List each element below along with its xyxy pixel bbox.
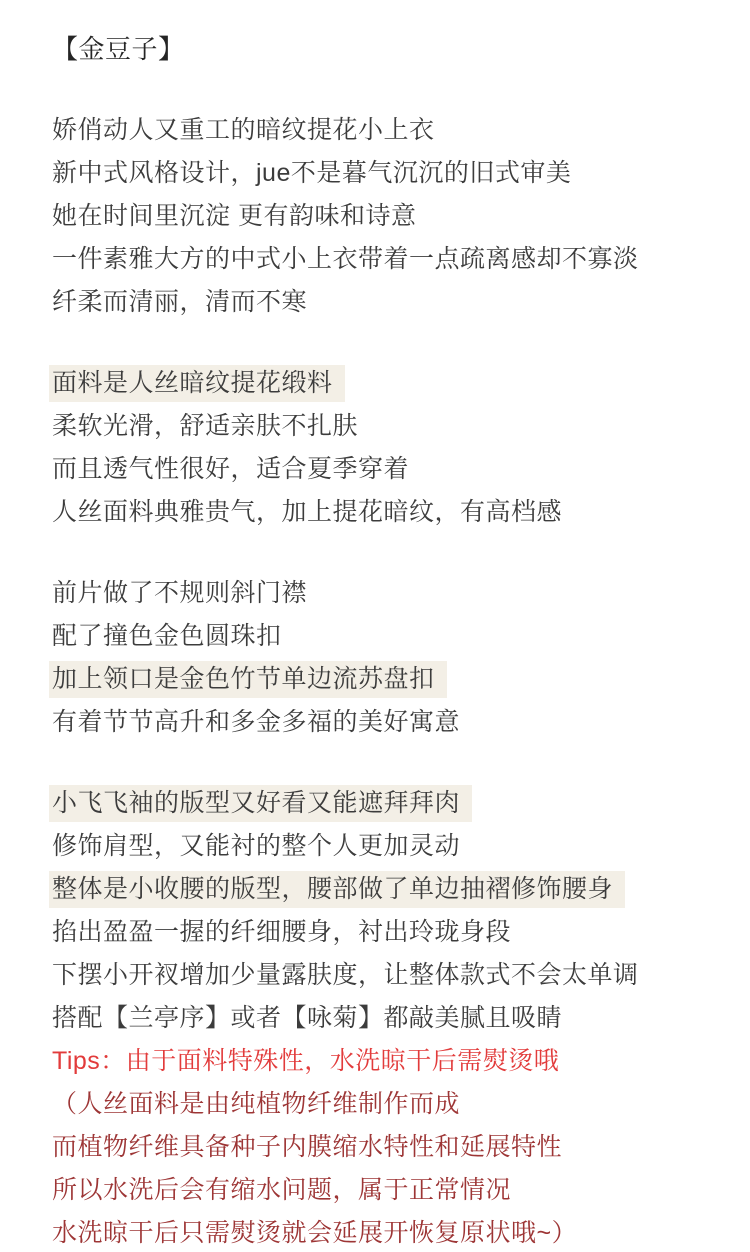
text-line: 她在时间里沉淀 更有韵味和诗意	[52, 195, 720, 238]
text-line: 下摆小开衩增加少量露肤度，让整体款式不会太单调	[52, 954, 720, 997]
highlighted-text: 小飞飞袖的版型又好看又能遮拜拜肉	[49, 785, 472, 822]
text-line: 纤柔而清丽，清而不寒	[52, 281, 720, 324]
text-line: （人丝面料是由纯植物纤维制作而成	[52, 1083, 720, 1126]
text: 娇俏动人又重工的暗纹提花小上衣	[52, 109, 435, 152]
text: 柔软光滑，舒适亲肤不扎肤	[52, 405, 358, 448]
description-body: 娇俏动人又重工的暗纹提花小上衣新中式风格设计，jue不是暮气沉沉的旧式审美她在时…	[52, 109, 720, 1252]
text: 所以水洗后会有缩水问题，属于正常情况	[52, 1169, 511, 1212]
text: 前片做了不规则斜门襟	[52, 572, 307, 615]
text-line: 有着节节高升和多金多福的美好寓意	[52, 701, 720, 744]
text: 她在时间里沉淀 更有韵味和诗意	[52, 195, 416, 238]
text: 有着节节高升和多金多福的美好寓意	[52, 701, 460, 744]
text-line: 而植物纤维具备种子内膜缩水特性和延展特性	[52, 1126, 720, 1169]
text-line: 所以水洗后会有缩水问题，属于正常情况	[52, 1169, 720, 1212]
text: 人丝面料典雅贵气，加上提花暗纹，有高档感	[52, 491, 562, 534]
text: （人丝面料是由纯植物纤维制作而成	[52, 1083, 460, 1126]
highlighted-text: 整体是小收腰的版型，腰部做了单边抽褶修饰腰身	[49, 871, 625, 908]
text-line: 面料是人丝暗纹提花缎料	[52, 362, 720, 405]
text-line: 人丝面料典雅贵气，加上提花暗纹，有高档感	[52, 491, 720, 534]
text-line: 配了撞色金色圆珠扣	[52, 615, 720, 658]
text-line: 娇俏动人又重工的暗纹提花小上衣	[52, 109, 720, 152]
text: Tips：由于面料特殊性，水洗晾干后需熨烫哦	[52, 1040, 559, 1083]
text-line: 前片做了不规则斜门襟	[52, 572, 720, 615]
product-title: 【金豆子】	[52, 28, 720, 71]
text: 而植物纤维具备种子内膜缩水特性和延展特性	[52, 1126, 562, 1169]
paragraph-intro: 娇俏动人又重工的暗纹提花小上衣新中式风格设计，jue不是暮气沉沉的旧式审美她在时…	[52, 109, 720, 324]
text-line: 搭配【兰亭序】或者【咏菊】都敲美腻且吸睛	[52, 997, 720, 1040]
text-line: 整体是小收腰的版型，腰部做了单边抽褶修饰腰身	[52, 868, 720, 911]
text-line: 柔软光滑，舒适亲肤不扎肤	[52, 405, 720, 448]
text: 下摆小开衩增加少量露肤度，让整体款式不会太单调	[52, 954, 639, 997]
text-line: 一件素雅大方的中式小上衣带着一点疏离感却不寡淡	[52, 238, 720, 281]
product-description-page: 【金豆子】 娇俏动人又重工的暗纹提花小上衣新中式风格设计，jue不是暮气沉沉的旧…	[0, 0, 750, 1252]
paragraph-fabric: 面料是人丝暗纹提花缎料柔软光滑，舒适亲肤不扎肤而且透气性很好，适合夏季穿着人丝面…	[52, 362, 720, 534]
text-line: 新中式风格设计，jue不是暮气沉沉的旧式审美	[52, 152, 720, 195]
text-line: 加上领口是金色竹节单边流苏盘扣	[52, 658, 720, 701]
text-line: 水洗晾干后只需熨烫就会延展开恢复原状哦~）	[52, 1212, 720, 1252]
text: 一件素雅大方的中式小上衣带着一点疏离感却不寡淡	[52, 238, 639, 281]
text: 掐出盈盈一握的纤细腰身，衬出玲珑身段	[52, 911, 511, 954]
text: 而且透气性很好，适合夏季穿着	[52, 448, 409, 491]
highlighted-text: 面料是人丝暗纹提花缎料	[49, 365, 345, 402]
text-line: Tips：由于面料特殊性，水洗晾干后需熨烫哦	[52, 1040, 720, 1083]
text: 配了撞色金色圆珠扣	[52, 615, 282, 658]
text: 纤柔而清丽，清而不寒	[52, 281, 307, 324]
paragraph-fit-and-care: 小飞飞袖的版型又好看又能遮拜拜肉修饰肩型，又能衬的整个人更加灵动整体是小收腰的版…	[52, 782, 720, 1252]
text: 修饰肩型，又能衬的整个人更加灵动	[52, 825, 460, 868]
text-line: 修饰肩型，又能衬的整个人更加灵动	[52, 825, 720, 868]
text: 新中式风格设计，jue不是暮气沉沉的旧式审美	[52, 152, 571, 195]
text-line: 小飞飞袖的版型又好看又能遮拜拜肉	[52, 782, 720, 825]
text: 水洗晾干后只需熨烫就会延展开恢复原状哦~）	[52, 1212, 577, 1252]
paragraph-details: 前片做了不规则斜门襟配了撞色金色圆珠扣加上领口是金色竹节单边流苏盘扣有着节节高升…	[52, 572, 720, 744]
text: 搭配【兰亭序】或者【咏菊】都敲美腻且吸睛	[52, 997, 562, 1040]
highlighted-text: 加上领口是金色竹节单边流苏盘扣	[49, 661, 447, 698]
text-line: 掐出盈盈一握的纤细腰身，衬出玲珑身段	[52, 911, 720, 954]
text-line: 而且透气性很好，适合夏季穿着	[52, 448, 720, 491]
